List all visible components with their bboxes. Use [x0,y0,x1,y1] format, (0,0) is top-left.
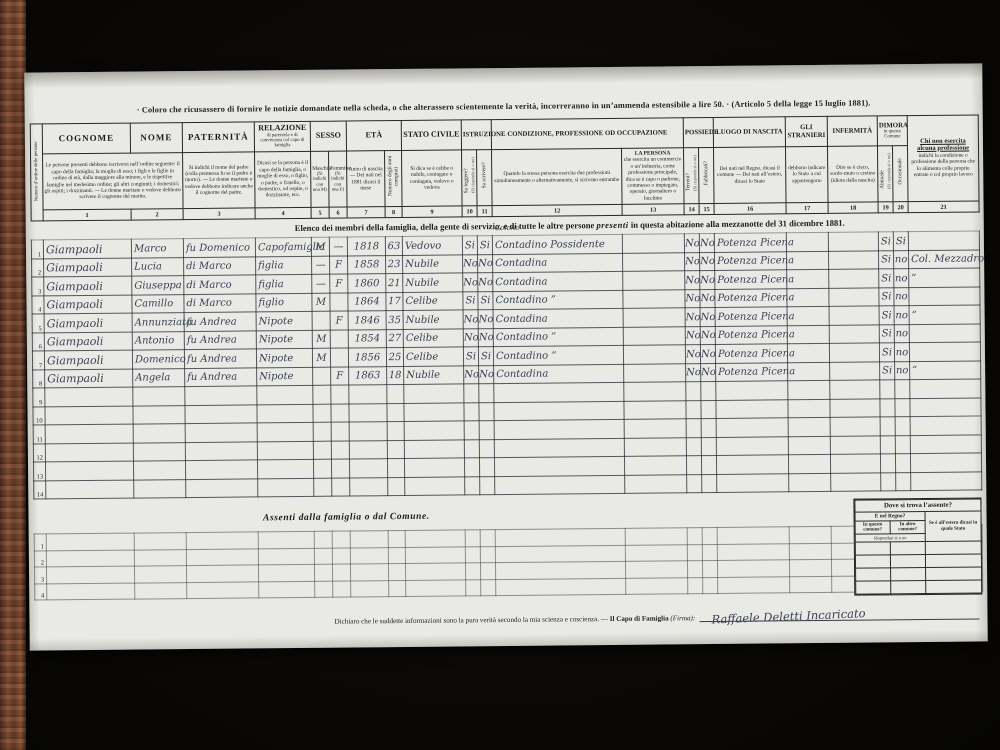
desc-cognome-nome: Le persone presenti debbono iscriversi n… [43,153,184,210]
cell-infermita [829,269,879,288]
cell-paternita: fu Domenico [183,238,255,257]
cell-cognome [45,443,133,462]
cell-professione: Contadina [493,271,623,291]
cell-infermita [828,250,878,269]
cell-relazione: figlio [256,293,312,312]
col-header-stato-civile: STATO CIVILE [401,120,461,151]
cell-relazione [258,478,314,497]
cell-infermita [830,361,880,380]
row-number-column-label: Numero d’ordine delle persone [30,124,43,221]
cell-professione: Contadino ” [493,327,623,347]
cell-anni-compiuti [387,421,404,440]
cell-paternita [185,460,257,479]
cell-luogo-nascita [716,418,788,437]
cell-sesso-f [331,459,349,478]
desc-anni-compiuti: Numero degli anni compiuti [385,150,403,206]
cell-sa-scrivere: No [478,328,493,347]
cell-sa-scrivere: No [478,310,493,329]
cell-chi-non-esercita [910,416,981,435]
cell-fabbricati: No [701,363,716,382]
cell-stato-civile: Celibe [403,347,463,366]
cell-sa-scrivere [479,384,494,403]
cell-sa-leggere: No [463,328,478,347]
desc-fabbricati: Fabbricati? [699,147,715,203]
cell-dimora-occasionale [895,417,910,436]
cell-dimora-abituale: Si [879,324,894,343]
cell-sa-leggere [464,421,479,440]
cell-terreni: No [684,234,699,253]
cell-stato-civile: Celibe [403,291,463,310]
desc-terreni: Terreni?(Si risponda sì o no) [684,148,700,204]
cell-anno-nascita [350,477,388,496]
head-of-family-signature: Raffaele Deletti Incaricato [711,606,866,626]
cell-sesso-m [314,478,332,497]
cell-sa-leggere [465,476,480,495]
cell-row-number: 1 [31,240,43,259]
cell-sesso-m [313,459,331,478]
cell-row-number: 7 [32,351,44,370]
col-header-nome: NOME [130,123,182,153]
cell-nome [133,405,185,424]
cell-anni-compiuti: 27 [386,329,403,348]
col-header-relazione: RELAZIONEdi parentela e di convivenza co… [254,121,310,152]
cell-sesso-m [313,404,331,423]
cell-cognome: Giampaoli [44,332,132,351]
cell-cognome [45,387,133,406]
cell-professione: Contadina [494,364,624,384]
cell-sesso-m [312,311,330,330]
assenti-section: Assenti dalla famiglia o dal Comune. 1 [34,506,983,600]
cell-terreni: No [686,363,701,382]
cell-professione [494,456,624,476]
cell-professione: Contadino ” [493,345,623,365]
cell-cognome: Giampaoli [45,369,133,388]
cell-professione [494,401,624,421]
cell-stato-civile [404,384,464,403]
cell-fabbricati [701,455,716,474]
declaration: Dichiaro che le suddette informazioni so… [334,603,979,625]
cell-paternita: di Marco [184,256,256,275]
cell-sa-scrivere [480,476,495,495]
cell-paternita [185,441,257,460]
cell-professione: Contadina [493,253,623,273]
cell-luogo-nascita: Potenza Picena [716,362,788,381]
cell-cognome: Giampaoli [44,295,132,314]
cell-chi-non-esercita [910,453,981,472]
dove-questo-comune: In questo comune? [855,521,890,534]
cell-nome: Annunziata [132,313,184,332]
col-header-cognome: COGNOME [42,123,130,154]
cell-chi-non-esercita [909,286,980,305]
cell-nome [133,461,185,480]
cell-la-persona [623,252,685,271]
cell-sa-scrivere: No [478,254,493,273]
cell-anni-compiuti: 23 [386,255,403,274]
col-header-istruzione: ISTRUZIONE [461,120,491,150]
cell-row-number: 3 [32,277,44,296]
cell-sa-scrivere: Si [477,236,492,255]
cell-nome [133,424,185,443]
cell-sa-scrivere [479,458,494,477]
cell-sesso-f [330,348,348,367]
cell-infermita [831,472,881,491]
cell-anno-nascita [349,403,387,422]
cell-cognome [45,461,133,480]
cell-luogo-nascita: Potenza Picena [715,344,787,363]
cell-stranieri [788,417,830,436]
cell-dimora-abituale [880,380,895,399]
cell-dimora-abituale: Si [880,361,895,380]
cell-la-persona [625,474,687,493]
col-header-possiede: POSSIEDE [683,117,713,147]
cell-dimora-occasionale: no [894,306,909,325]
cell-la-persona [623,345,685,364]
cell-fabbricati: No [700,307,715,326]
cell-fabbricati: No [699,233,714,252]
cell-sesso-f [331,441,349,460]
cell-la-persona [624,382,686,401]
cell-fabbricati: No [700,326,715,345]
cell-nome: Lucia [132,257,184,276]
cell-la-persona [624,419,686,438]
col-header-infermita: INFERMITÀ [827,116,877,146]
book-spine-edge [0,0,26,750]
cell-professione [494,382,624,402]
cell-paternita [186,478,258,497]
desc-dimora-occasionale: Occasionale [893,146,909,202]
cell-dimora-abituale: Si [878,250,893,269]
members-table: 1 Giampaoli Marco fu Domenico Capofamigl… [31,230,982,499]
cell-anni-compiuti: 35 [386,310,403,329]
cell-paternita [185,423,257,442]
cell-relazione: Nipote [256,311,312,330]
cell-infermita [828,232,878,251]
cell-sesso-f [332,478,350,497]
desc-stranieri: debbono indicare lo Stato a cui apparten… [786,146,829,202]
desc-dimora-abituale: Abituale(Si risponda sì o no) [878,146,894,202]
desc-infermita: Dire se è cieco, sordo-muto o cretino (i… [828,146,879,202]
cell-sa-leggere [464,384,479,403]
cell-sesso-m [313,422,331,441]
cell-luogo-nascita [716,436,788,455]
desc-anno-nascita: Anno di nascita — Dei nati nel 1881 dica… [347,151,386,207]
cell-stranieri [788,436,830,455]
cell-infermita [830,417,880,436]
cell-row-number: 4 [32,295,44,314]
cell-stato-civile [405,476,465,495]
cell-sa-leggere: No [463,254,478,273]
cell-dimora-occasionale: no [894,343,909,362]
cell-chi-non-esercita [908,231,979,250]
cell-nome: Marco [131,239,183,258]
cell-la-persona [624,363,686,382]
cell-paternita [185,404,257,423]
cell-dimora-abituale: Si [879,343,894,362]
cell-sesso-m [313,441,331,460]
cell-anni-compiuti [387,403,404,422]
cell-sesso-f [330,293,348,312]
col-header-eta: ETÀ [346,120,401,151]
cell-sesso-f: F [330,256,348,275]
cell-row-number: 3 [34,567,46,584]
cell-chi-non-esercita: ” [909,268,980,287]
cell-professione: ColonoContadino Possidente [492,234,622,254]
legal-notice: · Coloro che ricusassero di fornire le n… [30,97,978,115]
cell-sesso-f: — [329,237,347,256]
desc-sa-scrivere: Sa scrivere? [477,150,493,206]
cell-row-number: 9 [33,388,45,407]
desc-sesso-m: Maschile(Si indichi con una M) [311,151,330,207]
cell-sesso-m [313,367,331,386]
cell-sesso-f [331,422,349,441]
cell-chi-non-esercita: ” [910,360,981,379]
cell-cognome [46,480,134,499]
cell-stato-civile: Nubile [403,310,463,329]
cell-sesso-m: — [312,274,330,293]
cell-dimora-abituale [881,472,896,491]
cell-infermita [830,454,880,473]
cell-professione [495,475,625,495]
cell-la-persona [622,234,684,253]
cell-la-persona [623,326,685,345]
cell-anno-nascita: 1864 [348,292,386,311]
cell-sesso-m [313,385,331,404]
assenti-table: 1 2 [34,524,984,600]
cell-dimora-occasionale: no [894,269,909,288]
cell-chi-non-esercita: Col. Mezzadro [908,249,979,268]
cell-cognome: Giampaoli [44,313,132,332]
cell-cognome: Giampaoli [43,239,131,258]
cell-relazione [257,422,313,441]
cell-sesso-m: M [312,330,330,349]
cell-dimora-abituale [880,398,895,417]
cell-sa-leggere: Si [463,291,478,310]
cell-row-number: 1 [34,534,46,551]
cell-anni-compiuti: 18 [387,366,404,385]
cell-la-persona [624,437,686,456]
cell-luogo-nascita: Potenza Picena [714,233,786,252]
cell-nome: Antonio [132,331,184,350]
cell-anno-nascita [349,459,387,478]
cell-anno-nascita [349,440,387,459]
cell-professione [494,419,624,439]
cell-stato-civile: Nubile [403,254,463,273]
cell-sa-leggere: Si [462,236,477,255]
cell-relazione: Nipote [256,330,312,349]
cell-relazione [257,459,313,478]
dove-si-trova-box: Dove si trova l’assente? È nel Regno? Se… [853,497,982,595]
cell-luogo-nascita: Potenza Picena [715,251,787,270]
cell-anni-compiuti [387,458,404,477]
cell-row-number: 13 [33,462,45,481]
cell-fabbricati: No [700,270,715,289]
cell-dimora-occasionale: no [893,250,908,269]
cell-cognome: Giampaoli [44,350,132,369]
cell-row-number: 12 [33,443,45,462]
cell-nome: Giuseppa [132,276,184,295]
cell-stato-civile: Nubile [403,273,463,292]
cell-stato-civile [404,402,464,421]
cell-dimora-abituale: Si [879,287,894,306]
cell-paternita: fu Andrea [184,312,256,331]
cell-row-number: 11 [33,425,45,444]
col-header-stranieri: GLI STRANIERI [785,116,827,146]
cell-paternita: di Marco [184,275,256,294]
cell-row-number: 4 [35,583,47,600]
cell-fabbricati [702,474,717,493]
cell-dimora-occasionale: no [894,287,909,306]
cell-sa-leggere: Si [463,347,478,366]
cell-sa-scrivere [479,421,494,440]
cell-stranieri [788,380,830,399]
cell-luogo-nascita: Potenza Picena [715,325,787,344]
cell-sesso-f: F [330,274,348,293]
cell-sa-leggere: No [463,310,478,329]
cell-sa-scrivere [479,402,494,421]
desc-la-persona: LA PERSONAche esercita un commercio o un… [622,148,685,205]
cell-professione: Contadina [493,308,623,328]
cell-terreni: No [685,289,700,308]
cell-terreni [686,419,701,438]
cell-chi-non-esercita [910,434,981,453]
col-header-chi-non-esercita: Chi non esercita alcuna professione indi… [907,115,979,202]
cell-luogo-nascita [716,455,788,474]
cell-professione [494,438,624,458]
cell-anno-nascita [349,385,387,404]
cell-sa-leggere [464,402,479,421]
cell-anno-nascita: 1846 [348,311,386,330]
cell-dimora-occasionale [895,454,910,473]
cell-la-persona [623,271,685,290]
cell-sesso-f [331,404,349,423]
cell-infermita [829,306,879,325]
cell-professione: Contadino ” [493,290,623,310]
cell-sa-scrivere: No [479,365,494,384]
cell-relazione: Nipote [257,367,313,386]
cell-anno-nascita [349,422,387,441]
cell-dimora-occasionale [895,380,910,399]
cell-relazione [257,441,313,460]
cell-sa-leggere [464,458,479,477]
cell-luogo-nascita: Potenza Picena [715,307,787,326]
cell-nome: Angela [133,368,185,387]
cell-terreni [686,400,701,419]
cell-sesso-f: F [330,311,348,330]
cell-paternita: di Marco [184,293,256,312]
cell-sesso-m: M [312,293,330,312]
cell-dimora-abituale [880,454,895,473]
cell-sesso-f [330,330,348,349]
col-header-luogo-nascita: LUOGO DI NASCITA [713,117,785,148]
cell-cognome [45,406,133,425]
cell-anni-compiuti: 25 [386,347,403,366]
cell-nome [134,479,186,498]
cell-la-persona [623,289,685,308]
cell-infermita [829,324,879,343]
desc-stato-civile: Si dica se è celibe o nubile, coniugato … [402,150,463,207]
col-header-dimora: DIMORAin questo Comune [877,116,907,146]
cell-terreni: No [685,345,700,364]
cell-infermita [829,287,879,306]
cell-nome [133,387,185,406]
cell-sa-scrivere [479,439,494,458]
cell-relazione: figlia [256,274,312,293]
cell-chi-non-esercita [910,379,981,398]
cell-relazione [257,385,313,404]
cell-sesso-m: M [312,348,330,367]
cell-sa-leggere [464,439,479,458]
header-table: Numero d’ordine delle persone COGNOME NO… [30,114,980,221]
cell-la-persona [624,400,686,419]
col-header-paternita: PATERNITÀ [182,122,254,153]
cell-anni-compiuti [387,440,404,459]
cell-chi-non-esercita: ” [909,305,980,324]
desc-sa-leggere: Sa leggere?(Si risponda sì o no) [462,150,478,206]
cell-dimora-abituale: Si [879,269,894,288]
cell-stato-civile [404,458,464,477]
cell-fabbricati: No [700,289,715,308]
cell-dimora-abituale: Si [879,306,894,325]
cell-terreni: No [685,271,700,290]
cell-anni-compiuti: 21 [386,273,403,292]
cell-infermita [829,343,879,362]
desc-sesso-f: Femmina(Si indichi con una F) [329,151,348,207]
cell-sesso-m: M [311,237,329,256]
cell-row-number: 2 [34,550,46,567]
cell-terreni [686,456,701,475]
cell-dimora-occasionale: no [895,361,910,380]
signature-line: Raffaele Deletti Incaricato [699,603,979,622]
desc-paternita: Si indichi il nome del padre (colla prem… [183,152,256,209]
cell-infermita [830,380,880,399]
desc-relazione: Dicasi se la persona è il capo della fam… [255,151,312,208]
cell-dimora-abituale [880,435,895,454]
cell-sa-scrivere: Si [478,347,493,366]
cell-fabbricati: No [700,344,715,363]
cell-sa-scrivere: No [478,273,493,292]
cell-anno-nascita: 1854 [348,329,386,348]
cell-sesso-f: F [331,367,349,386]
cell-la-persona [624,456,686,475]
cell-chi-non-esercita [909,342,980,361]
cell-paternita: fu Andrea [184,349,256,368]
cell-cognome: Giampaoli [44,258,132,277]
cell-anni-compiuti: 17 [386,292,403,311]
cell-dimora-occasionale [895,398,910,417]
cell-sa-leggere: No [463,273,478,292]
cell-fabbricati: No [700,252,715,271]
cell-stranieri [788,454,830,473]
cell-anni-compiuti [388,477,405,496]
cell-luogo-nascita [717,473,789,492]
cell-dimora-occasionale: no [894,324,909,343]
dove-estero: Se è all’estero dicasi in quale Stato [925,511,981,542]
cell-sesso-f [331,385,349,404]
cell-stranieri [788,399,830,418]
cell-fabbricati [701,400,716,419]
desc-luogo-nascita: Dei nati nel Regno, dicasi il comune — D… [714,147,787,204]
cell-infermita [830,398,880,417]
census-sheet: · Coloro che ricusassero di fornire le n… [24,63,988,650]
cell-luogo-nascita: Potenza Picena [715,288,787,307]
cell-row-number: 14 [34,480,46,499]
cell-cognome [45,424,133,443]
cell-terreni [686,437,701,456]
cell-row-number: 8 [33,369,45,388]
cell-la-persona [623,308,685,327]
declaration-text: Dichiaro che le suddette informazioni so… [334,614,695,625]
cell-stato-civile [404,439,464,458]
